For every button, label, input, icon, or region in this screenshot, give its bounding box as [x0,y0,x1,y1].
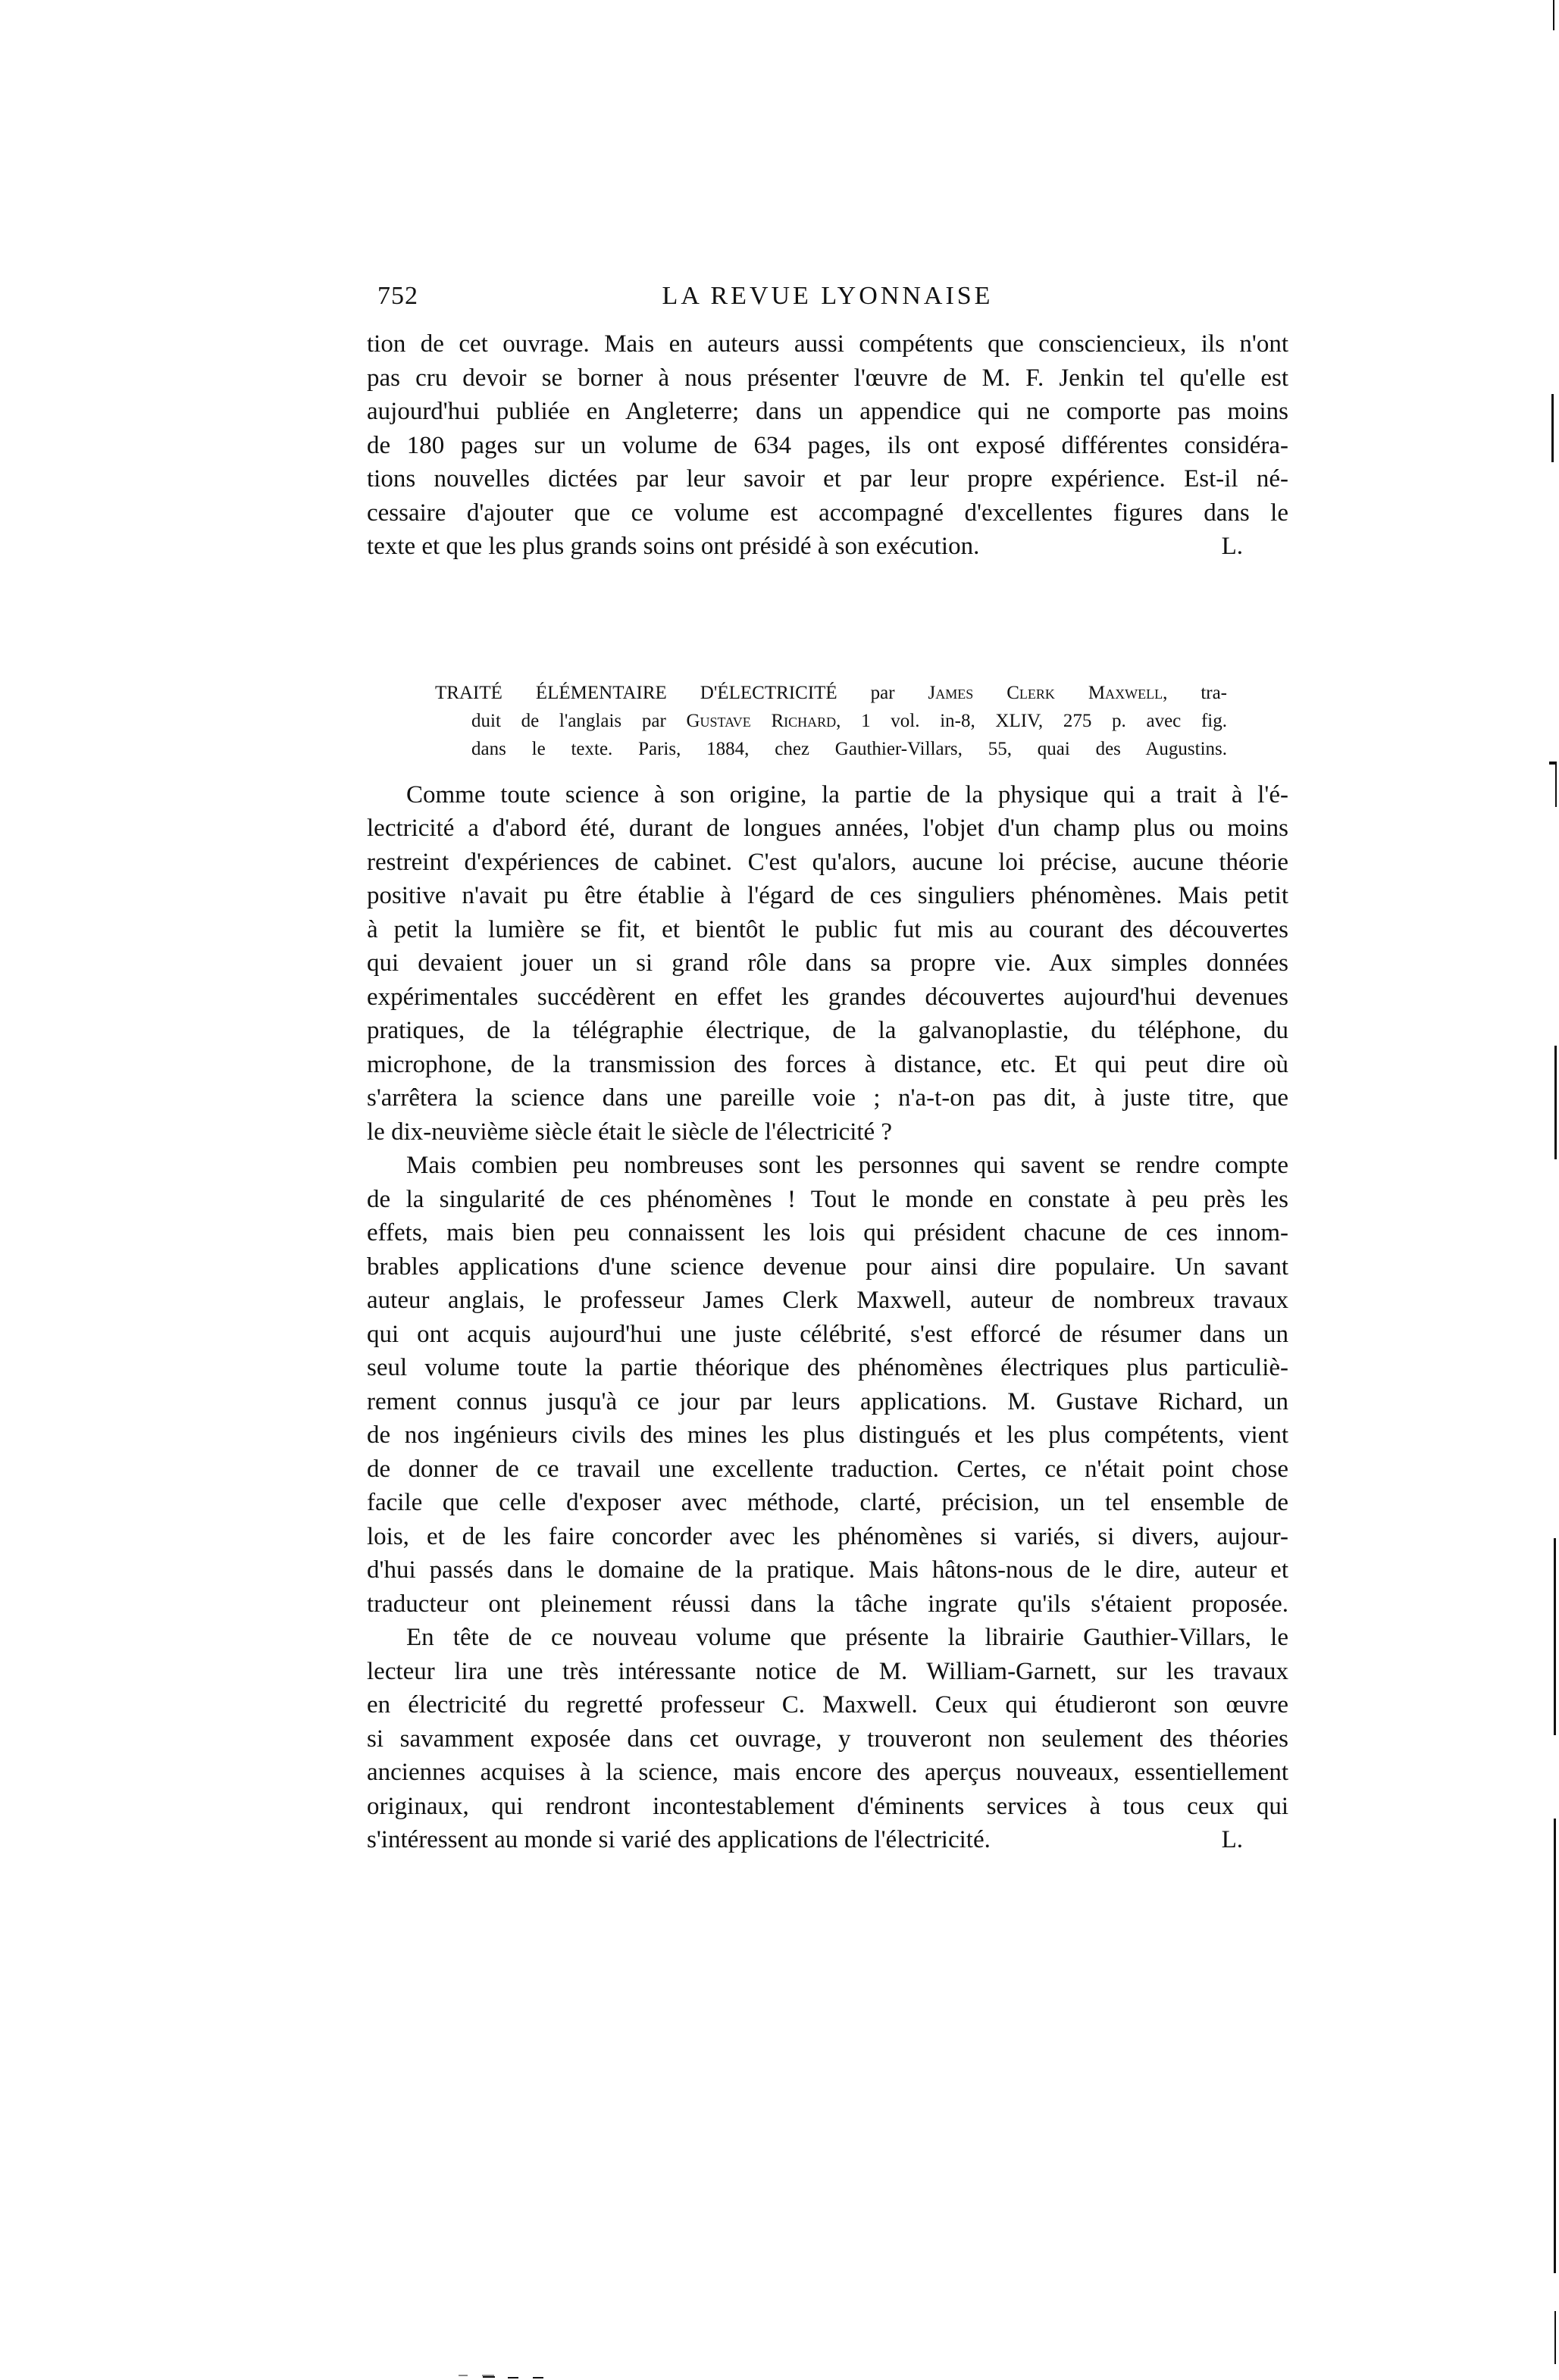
text-line: lois, et de les faire concorder avec les… [367,1520,1288,1554]
book-title: TRAITÉ ÉLÉMENTAIRE D'ÉLECTRICITÉ [435,683,837,703]
text-line: originaux, qui rendront incontestablemen… [367,1790,1288,1824]
review-body: Comme toute science à son origine, la pa… [367,778,1288,1857]
author-signature: L. [1222,530,1243,564]
text-line: Mais combien peu nombreuses sont les per… [367,1149,1288,1183]
running-head: 752 LA REVUE LYONNAISE [367,282,1288,318]
heading-tail: , tra- [1163,683,1227,703]
book-author: James Clerk Maxwell [928,683,1163,703]
scan-edge-mark [1554,2311,1556,2364]
text-line: si savamment exposée dans cet ouvrage, y… [367,1722,1288,1756]
heading-line: duit de l'anglais par Gustave Richard, 1… [435,707,1227,735]
text-line: de 180 pages sur un volume de 634 pages,… [367,429,1288,463]
text-line: le dix-neuvième siècle était le siècle d… [367,1115,1288,1149]
scan-edge-mark [1554,1046,1557,1159]
text-line-with-signature: s'intéressent au monde si varié des appl… [367,1823,1288,1857]
heading-line: TRAITÉ ÉLÉMENTAIRE D'ÉLECTRICITÉ par Jam… [435,679,1227,707]
by-label: par [871,683,895,703]
text-line: qui ont acquis aujourd'hui une juste cél… [367,1318,1288,1352]
text-line: auteur anglais, le professeur James Cler… [367,1284,1288,1318]
text-line: qui devaient jouer un si grand rôle dans… [367,946,1288,980]
text-line: cessaire d'ajouter que ce volume est acc… [367,496,1288,530]
book-page: 752 LA REVUE LYONNAISE tion de cet ouvra… [367,282,1288,1857]
paragraph: Mais combien peu nombreuses sont les per… [367,1149,1288,1621]
scan-edge-mark [1551,394,1554,462]
text-line: de nos ingénieurs civils des mines les p… [367,1418,1288,1453]
translated-by-label: duit de l'anglais par [471,711,666,731]
heading-line: dans le texte. Paris, 1884, chez Gauthie… [435,735,1227,763]
scan-bottom-mark [459,2375,468,2376]
text-line: traducteur ont pleinement réussi dans la… [367,1587,1288,1622]
text-line: lectricité a d'abord été, durant de long… [367,812,1288,846]
text-line: d'hui passés dans le domaine de la prati… [367,1553,1288,1587]
text-line: pratiques, de la télégraphie électrique,… [367,1014,1288,1048]
paragraph: Comme toute science à son origine, la pa… [367,778,1288,1149]
text-line: restreint d'expériences de cabinet. C'es… [367,846,1288,880]
text-line: facile que celle d'exposer avec méthode,… [367,1486,1288,1520]
text-line: Comme toute science à son origine, la pa… [367,778,1288,812]
author-signature: L. [1222,1823,1243,1857]
journal-title: LA REVUE LYONNAISE [367,282,1288,311]
book-translator: Gustave Richard [686,711,836,731]
text-line-with-signature: texte et que les plus grands soins ont p… [367,530,1288,564]
text-line: de donner de ce travail une excellente t… [367,1453,1288,1487]
text-line: aujourd'hui publiée en Angleterre; dans … [367,395,1288,429]
review-bibliographic-heading: TRAITÉ ÉLÉMENTAIRE D'ÉLECTRICITÉ par Jam… [435,679,1227,763]
paragraph: En tête de ce nouveau volume que présent… [367,1621,1288,1857]
text-line: à petit la lumière se fit, et bientôt le… [367,913,1288,947]
scan-edge-mark [1555,762,1557,807]
book-details: , 1 vol. in-8, XLIV, 275 p. avec fig. [836,711,1227,731]
scan-bottom-mark [533,2377,543,2378]
scan-edge-mark [1553,0,1554,30]
text-line: microphone, de la transmission des force… [367,1048,1288,1082]
text-line: effets, mais bien peu connaissent les lo… [367,1216,1288,1250]
text-line: rement connus jusqu'à ce jour par leurs … [367,1385,1288,1419]
scan-bottom-mark [508,2377,518,2378]
text-line: en électricité du regretté professeur C.… [367,1688,1288,1722]
text-line: positive n'avait pu être établie à l'éga… [367,879,1288,913]
text-line: En tête de ce nouveau volume que présent… [367,1621,1288,1655]
text-line: seul volume toute la partie théorique de… [367,1351,1288,1385]
scan-bottom-mark [483,2376,495,2378]
text-line: s'arrêtera la science dans une pareille … [367,1081,1288,1115]
text-line: lecteur lira une très intéressante notic… [367,1655,1288,1689]
text-line: anciennes acquises à la science, mais en… [367,1756,1288,1790]
previous-article-ending: tion de cet ouvrage. Mais en auteurs aus… [367,327,1288,564]
scan-edge-mark [1554,1819,1556,2273]
text-line: de la singularité de ces phénomènes ! To… [367,1183,1288,1217]
text-line: texte et que les plus grands soins ont p… [367,533,979,560]
text-line: tion de cet ouvrage. Mais en auteurs aus… [367,327,1288,361]
text-line: expérimentales succédèrent en effet les … [367,980,1288,1015]
text-line: s'intéressent au monde si varié des appl… [367,1826,991,1853]
text-line: brables applications d'une science deven… [367,1250,1288,1284]
text-line: pas cru devoir se borner à nous présente… [367,361,1288,396]
scan-edge-mark [1554,1538,1556,1735]
text-line: tions nouvelles dictées par leur savoir … [367,462,1288,496]
